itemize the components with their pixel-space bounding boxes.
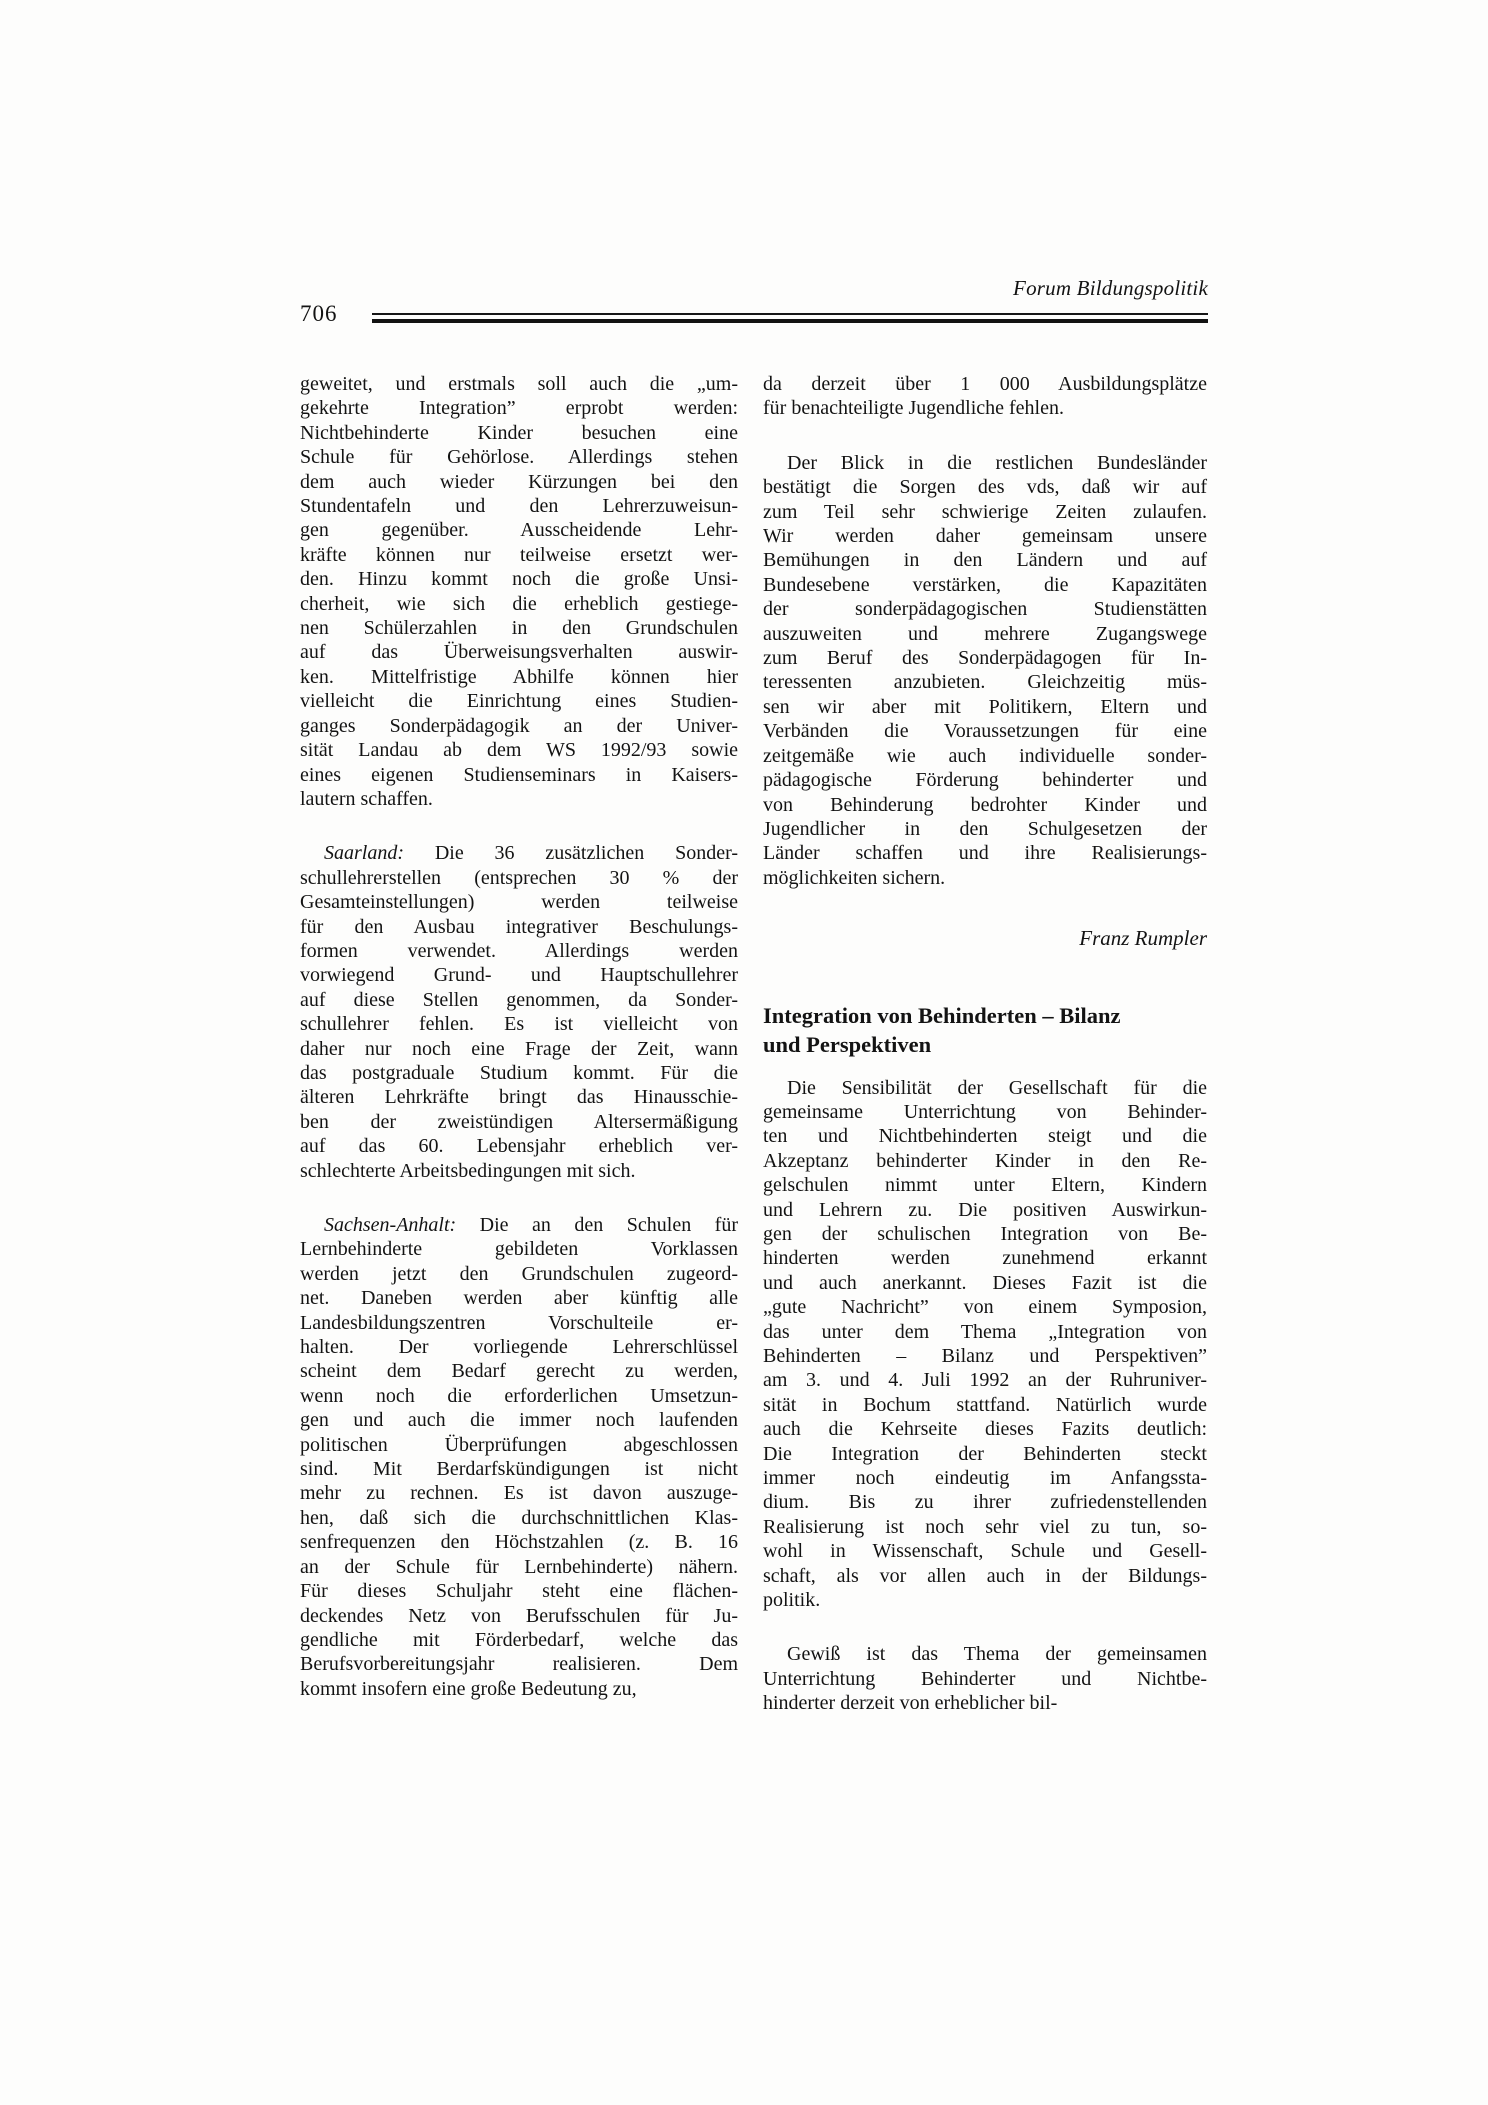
text-line: Jugendlicher in den Schulgesetzen der <box>763 817 1207 841</box>
text-line: zeitgemäße wie auch individuelle sonder- <box>763 744 1207 768</box>
page-number: 706 <box>300 301 338 327</box>
text-line: cherheit, wie sich die erheblich gestieg… <box>300 592 738 616</box>
text-line: da derzeit über 1 000 Ausbildungsplätze <box>763 372 1207 396</box>
text-line: Der Blick in die restlichen Bundesländer <box>763 451 1207 475</box>
text-line: teressenten anzubieten. Gleichzeitig müs… <box>763 670 1207 694</box>
text-line: älteren Lehrkräfte bringt das Hinausschi… <box>300 1085 738 1109</box>
text-line: schullehrerstellen (entsprechen 30 % der <box>300 866 738 890</box>
text-line: formen verwendet. Allerdings werden <box>300 939 738 963</box>
text-line: das postgraduale Studium kommt. Für die <box>300 1061 738 1085</box>
text-line: möglichkeiten sichern. <box>763 866 1207 890</box>
text-line: wenn noch die erforderlichen Umsetzun- <box>300 1384 738 1408</box>
text-line: Lernbehinderte gebildeten Vorklassen <box>300 1237 738 1261</box>
text-line: gekehrte Integration” erprobt werden: <box>300 396 738 420</box>
text-line: Landesbildungszentren Vorschulteile er- <box>300 1311 738 1335</box>
text-line: Wir werden daher gemeinsam unsere <box>763 524 1207 548</box>
text-line: kräfte können nur teilweise ersetzt wer- <box>300 543 738 567</box>
text-line: Unterrichtung Behinderter und Nichtbe- <box>763 1667 1207 1691</box>
text-line: Realisierung ist noch sehr viel zu tun, … <box>763 1515 1207 1539</box>
text-line: vielleicht die Einrichtung eines Studien… <box>300 689 738 713</box>
running-title: Forum Bildungspolitik <box>763 276 1208 301</box>
text-line: und Perspektiven <box>763 1030 1207 1059</box>
text-line: gen der schulischen Integration von Be- <box>763 1222 1207 1246</box>
text-line: ten und Nichtbehinderten steigt und die <box>763 1124 1207 1148</box>
text-line: ken. Mittelfristige Abhilfe können hier <box>300 665 738 689</box>
text-line: Akzeptanz behinderter Kinder in den Re- <box>763 1149 1207 1173</box>
text-line: hinderter derzeit von erheblicher bil- <box>763 1691 1207 1715</box>
text-line: lautern schaffen. <box>300 787 738 811</box>
text-line: ben der zweistündigen Altersermäßigung <box>300 1110 738 1134</box>
text-line: sität Landau ab dem WS 1992/93 sowie <box>300 738 738 762</box>
text-line: geweitet, und erstmals soll auch die „um… <box>300 372 738 396</box>
scanned-journal-page: Forum Bildungspolitik 706 geweitet, und … <box>0 0 1488 2105</box>
right-column: da derzeit über 1 000 Ausbildungsplätzef… <box>763 372 1207 1716</box>
text-line: Stundentafeln und den Lehrerzuweisun- <box>300 494 738 518</box>
heading: Integration von Behinderten – Bilanzund … <box>763 1001 1207 1059</box>
text-line: Die Sensibilität der Gesellschaft für di… <box>763 1076 1207 1100</box>
text-line: Verbänden die Voraussetzungen für eine <box>763 719 1207 743</box>
left-column: geweitet, und erstmals soll auch die „um… <box>300 372 738 1716</box>
text-line: Nichtbehinderte Kinder besuchen eine <box>300 421 738 445</box>
text-line: hinderten werden zunehmend erkannt <box>763 1246 1207 1270</box>
paragraph: Die Sensibilität der Gesellschaft für di… <box>763 1076 1207 1613</box>
text-line: schlechterte Arbeitsbedingungen mit sich… <box>300 1159 738 1183</box>
text-line: Sachsen-Anhalt: Die an den Schulen für <box>300 1213 738 1237</box>
text-line: ganges Sonderpädagogik an der Univer- <box>300 714 738 738</box>
text-line: sen wir aber mit Politikern, Eltern und <box>763 695 1207 719</box>
text-line: dium. Bis zu ihrer zufriedenstellenden <box>763 1490 1207 1514</box>
italic-lead: Sachsen-Anhalt: <box>324 1214 456 1236</box>
text-line: der sonderpädagogischen Studienstätten <box>763 597 1207 621</box>
text-line: auf diese Stellen genommen, da Sonder- <box>300 988 738 1012</box>
text-line: Bundesebene verstärken, die Kapazitäten <box>763 573 1207 597</box>
text-line: werden jetzt den Grundschulen zugeord- <box>300 1262 738 1286</box>
paragraph: Gewiß ist das Thema der gemeinsamenUnter… <box>763 1642 1207 1715</box>
text-line: immer noch eindeutig im Anfangssta- <box>763 1466 1207 1490</box>
text-line: senfrequenzen den Höchstzahlen (z. B. 16 <box>300 1530 738 1554</box>
text-line: „gute Nachricht” von einem Symposion, <box>763 1295 1207 1319</box>
text-line: Berufsvorbereitungsjahr realisieren. Dem <box>300 1652 738 1676</box>
text-line: dem auch wieder Kürzungen bei den <box>300 470 738 494</box>
text-line: vorwiegend Grund- und Hauptschullehrer <box>300 963 738 987</box>
text-line: mehr zu rechnen. Es ist davon auszuge- <box>300 1481 738 1505</box>
text-line: deckendes Netz von Berufsschulen für Ju- <box>300 1604 738 1628</box>
text-line: am 3. und 4. Juli 1992 an der Ruhruniver… <box>763 1368 1207 1392</box>
text-line: halten. Der vorliegende Lehrerschlüssel <box>300 1335 738 1359</box>
text-line: eines eigenen Studienseminars in Kaisers… <box>300 763 738 787</box>
text-line: von Behinderung bedrohter Kinder und <box>763 793 1207 817</box>
text-line: Saarland: Die 36 zusätzlichen Sonder- <box>300 841 738 865</box>
text-line: gendliche mit Förderbedarf, welche das <box>300 1628 738 1652</box>
text-line: gen und auch die immer noch laufenden <box>300 1408 738 1432</box>
text-line: Die Integration der Behinderten steckt <box>763 1442 1207 1466</box>
text-line: für benachteiligte Jugendliche fehlen. <box>763 396 1207 420</box>
text-line: Länder schaffen und ihre Realisierungs- <box>763 841 1207 865</box>
text-line: schullehrer fehlen. Es ist vielleicht vo… <box>300 1012 738 1036</box>
text-line: auf das Überweisungsverhalten auswir- <box>300 640 738 664</box>
paragraph: Saarland: Die 36 zusätzlichen Sonder-sch… <box>300 841 738 1183</box>
text-line: net. Daneben werden aber künftig alle <box>300 1286 738 1310</box>
paragraph: Der Blick in die restlichen Bundesländer… <box>763 451 1207 890</box>
text-line: nen Schülerzahlen in den Grundschulen <box>300 616 738 640</box>
text-line: scheint dem Bedarf gerecht zu werden, <box>300 1359 738 1383</box>
text-line: zum Beruf des Sonderpädagogen für In- <box>763 646 1207 670</box>
text-line: das unter dem Thema „Integration von <box>763 1320 1207 1344</box>
text-line: auszuweiten und mehrere Zugangswege <box>763 622 1207 646</box>
text-line: an der Schule für Lernbehinderte) nähern… <box>300 1555 738 1579</box>
text-line: für den Ausbau integrativer Beschulungs- <box>300 915 738 939</box>
text-line: gelschulen nimmt unter Eltern, Kindern <box>763 1173 1207 1197</box>
text-line: auch die Kehrseite dieses Fazits deutlic… <box>763 1417 1207 1441</box>
text-line: sität in Bochum stattfand. Natürlich wur… <box>763 1393 1207 1417</box>
text-line: Integration von Behinderten – Bilanz <box>763 1001 1207 1030</box>
paragraph: Sachsen-Anhalt: Die an den Schulen fürLe… <box>300 1213 738 1701</box>
text-line: gen gegenüber. Ausscheidende Lehr- <box>300 518 738 542</box>
header-rule <box>372 313 1208 323</box>
text-line: den. Hinzu kommt noch die große Unsi- <box>300 567 738 591</box>
text-line: wohl in Wissenschaft, Schule und Gesell- <box>763 1539 1207 1563</box>
text-line: Schule für Gehörlose. Allerdings stehen <box>300 445 738 469</box>
text-line: und Lehrern zu. Die positiven Auswirkun- <box>763 1198 1207 1222</box>
paragraph: da derzeit über 1 000 Ausbildungsplätzef… <box>763 372 1207 421</box>
signature: Franz Rumpler <box>763 926 1207 950</box>
text-line: zum Teil sehr schwierige Zeiten zulaufen… <box>763 500 1207 524</box>
text-line: und auch anerkannt. Dieses Fazit ist die <box>763 1271 1207 1295</box>
text-line: politik. <box>763 1588 1207 1612</box>
text-line: gemeinsame Unterrichtung von Behinder- <box>763 1100 1207 1124</box>
text-line: hen, daß sich die durchschnittlichen Kla… <box>300 1506 738 1530</box>
text-line: Behinderten – Bilanz und Perspektiven” <box>763 1344 1207 1368</box>
text-line: daher nur noch eine Frage der Zeit, wann <box>300 1037 738 1061</box>
text-line: auf das 60. Lebensjahr erheblich ver- <box>300 1134 738 1158</box>
text-line: Bemühungen in den Ländern und auf <box>763 548 1207 572</box>
text-line: Für dieses Schuljahr steht eine flächen- <box>300 1579 738 1603</box>
paragraph: geweitet, und erstmals soll auch die „um… <box>300 372 738 811</box>
italic-lead: Saarland: <box>324 842 404 864</box>
text-line: pädagogische Förderung behinderter und <box>763 768 1207 792</box>
text-line: kommt insofern eine große Bedeutung zu, <box>300 1677 738 1701</box>
text-line: sind. Mit Berdarfskündigungen ist nicht <box>300 1457 738 1481</box>
text-line: politischen Überprüfungen abgeschlossen <box>300 1433 738 1457</box>
text-line: Gewiß ist das Thema der gemeinsamen <box>763 1642 1207 1666</box>
text-line: schaft, als vor allen auch in der Bildun… <box>763 1564 1207 1588</box>
text-line: bestätigt die Sorgen des vds, daß wir au… <box>763 475 1207 499</box>
text-line: Gesamteinstellungen) werden teilweise <box>300 890 738 914</box>
text-columns: geweitet, und erstmals soll auch die „um… <box>300 372 1207 1716</box>
